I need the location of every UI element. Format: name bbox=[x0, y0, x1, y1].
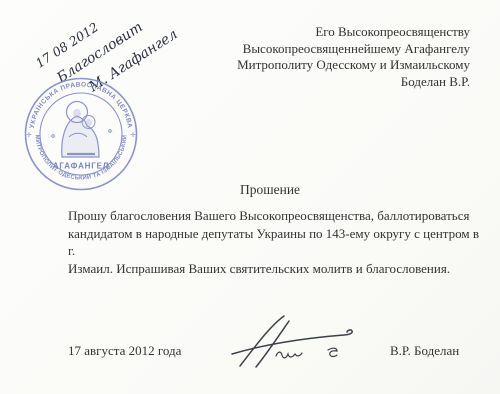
signature bbox=[226, 310, 366, 372]
seal-ornament-right-icon: ✛ bbox=[130, 131, 136, 139]
recipient-line: Высокопреосвященнейшему Агафангелу bbox=[237, 41, 470, 58]
seal-small-cross-right-icon: ✠ bbox=[108, 128, 113, 135]
recipient-line: Его Высокопреосвященству bbox=[237, 24, 470, 41]
body-line: Прошу благословения Вашего Высокопреосвя… bbox=[68, 207, 482, 225]
recipient-block: Его Высокопреосвященству Высокопреосвяще… bbox=[237, 24, 470, 90]
theotokos-icon bbox=[62, 102, 99, 158]
recipient-line: Митрополиту Одесскому и Измаильскому bbox=[237, 57, 470, 74]
signer-name: В.Р. Боделан bbox=[390, 343, 459, 359]
recipient-line: Боделан В.Р. bbox=[237, 74, 470, 91]
date-line: 17 августа 2012 года bbox=[68, 343, 181, 359]
scanned-petition-letter: 17 08 2012 Благословит М. Агафангел УКРА… bbox=[0, 0, 500, 394]
body-line: кандидатом в народные депутаты Украины п… bbox=[68, 225, 482, 260]
body-paragraph: Прошу благословения Вашего Высокопреосвя… bbox=[68, 207, 482, 277]
seal-ornament-left-icon: ✛ bbox=[26, 131, 32, 139]
body-line: Измаил. Испрашивая Ваших святительских м… bbox=[68, 260, 482, 278]
seal-small-cross-left-icon: ✠ bbox=[51, 133, 56, 140]
episcopal-seal-stamp: УКРАЇНСЬКА ПРАВОСЛАВНА ЦЕРКВА МИТРОПОЛИТ… bbox=[22, 75, 140, 193]
seal-center-name: АГАФАНГЕЛ bbox=[53, 162, 109, 171]
document-title: Прошение bbox=[68, 182, 472, 198]
